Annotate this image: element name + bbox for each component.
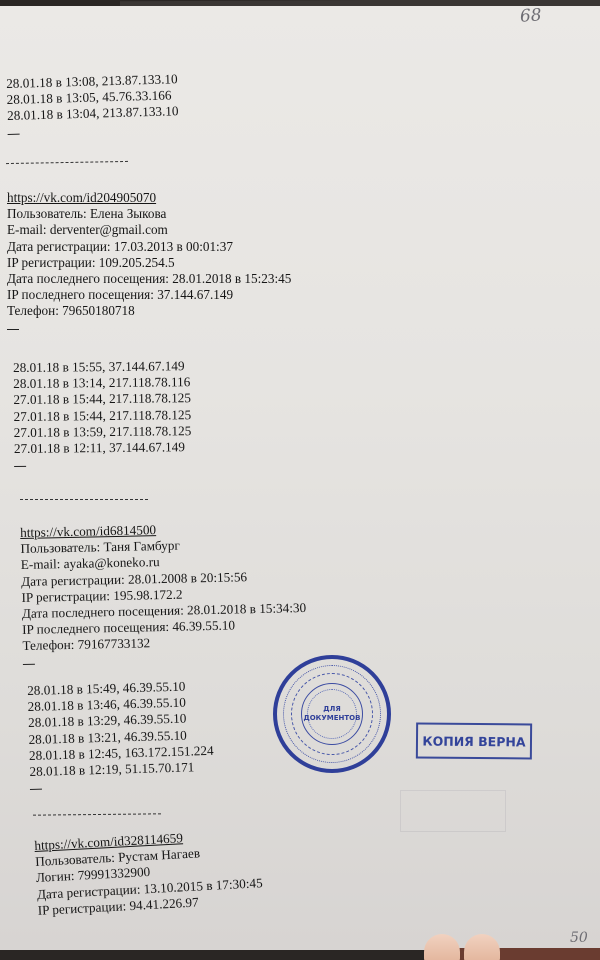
certified-copy-stamp: КОПИЯ ВЕРНА: [416, 722, 532, 759]
log-entry: 28.01.18 в 15:55, 37.144.67.149: [13, 358, 191, 376]
faint-stamp-imprint: [400, 790, 506, 832]
profile-link[interactable]: https://vk.com/id6814500: [20, 522, 156, 540]
reg-date: Дата регистрации: 17.03.2013 в 00:01:37: [7, 239, 291, 255]
page-number-top: 68: [519, 5, 542, 26]
record-1-log: 28.01.18 в 15:55, 37.144.67.149 28.01.18…: [13, 358, 192, 474]
reg-ip: IP регистрации: 109.205.254.5: [7, 255, 291, 271]
document-page: [0, 6, 600, 950]
log-entry: 27.01.18 в 13:59, 217.118.78.125: [14, 423, 192, 441]
log-entry: 27.01.18 в 12:11, 37.144.67.149: [14, 439, 192, 457]
top-log: 28.01.18 в 13:08, 213.87.133.10 28.01.18…: [6, 71, 179, 141]
end-marker: [30, 789, 42, 790]
record-2: https://vk.com/id6814500 Пользователь: Т…: [20, 519, 307, 672]
page-number-bottom: 50: [570, 930, 588, 946]
fingers: [420, 930, 500, 960]
finger: [424, 934, 460, 960]
stamp-text-line: ДЛЯ: [304, 705, 361, 714]
finger: [464, 934, 500, 960]
last-visit-date: Дата последнего посещения: 28.01.2018 в …: [7, 271, 291, 287]
round-stamp: ДЛЯ ДОКУМЕНТОВ: [273, 655, 391, 773]
record-2-log: 28.01.18 в 15:49, 46.39.55.10 28.01.18 в…: [27, 678, 215, 797]
profile-link[interactable]: https://vk.com/id204905070: [7, 190, 156, 205]
separator: [20, 499, 148, 500]
log-entry: 27.01.18 в 15:44, 217.118.78.125: [14, 407, 192, 425]
end-marker: [8, 133, 20, 134]
end-marker: [23, 663, 35, 664]
log-entry: 27.01.18 в 15:44, 217.118.78.125: [13, 391, 191, 409]
user-name: Пользователь: Елена Зыкова: [7, 206, 291, 222]
phone: Телефон: 79650180718: [7, 303, 291, 319]
record-1: https://vk.com/id204905070 Пользователь:…: [7, 190, 291, 337]
log-entry: 28.01.18 в 13:14, 217.118.78.116: [13, 374, 191, 392]
end-marker: [14, 466, 26, 467]
stamp-center-text: ДЛЯ ДОКУМЕНТОВ: [304, 705, 361, 723]
email: E-mail: derventer@gmail.com: [7, 222, 291, 238]
record-3: https://vk.com/id328114659 Пользователь:…: [34, 826, 264, 919]
stamp-text-line: ДОКУМЕНТОВ: [304, 714, 361, 723]
end-marker: [7, 329, 19, 330]
last-visit-ip: IP последнего посещения: 37.144.67.149: [7, 287, 291, 303]
log-entry: 28.01.18 в 13:04, 213.87.133.10: [7, 104, 179, 125]
